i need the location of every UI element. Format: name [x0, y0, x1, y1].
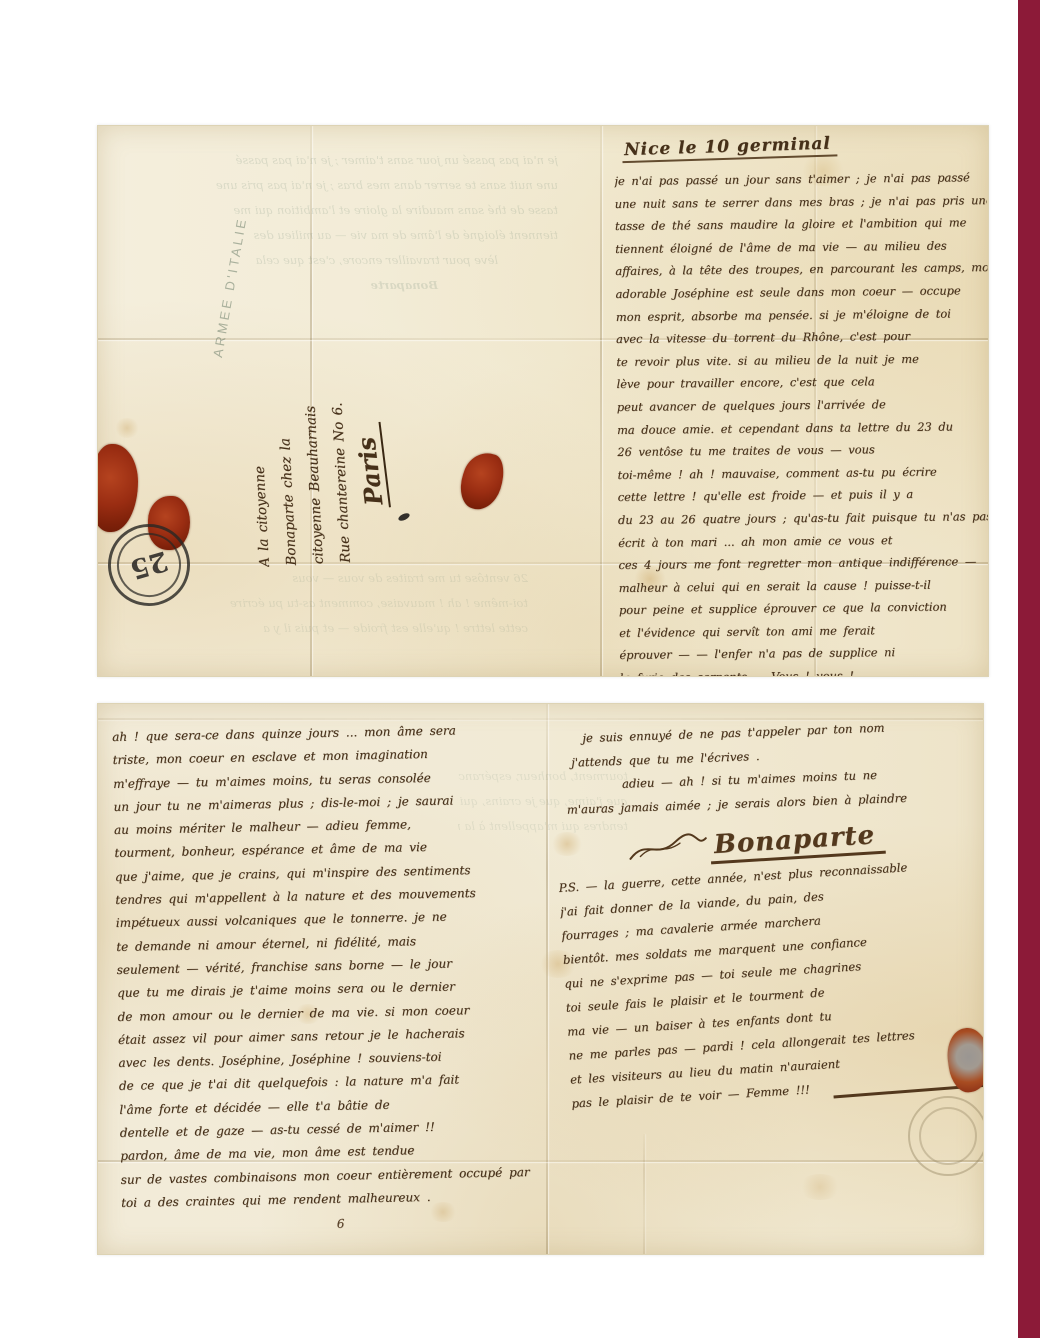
- paper-stain: [114, 418, 140, 438]
- letter-scan-top: je n'ai pas passé un jour sans t'aimer ;…: [97, 125, 989, 677]
- showthrough-line: lève pour travailler encore, c'est que c…: [158, 248, 558, 273]
- fold-crease: [643, 1134, 645, 1254]
- letter-page1-lines: je n'ai pas passé un jour sans t'aimer ;…: [614, 166, 989, 677]
- showthrough-line: toi-même ! ah ! mauvaise, comment as-tu …: [198, 591, 528, 616]
- page-number: 6: [122, 1213, 560, 1235]
- paper-stain: [798, 1174, 842, 1200]
- postscript-lines: P.S. — la guerre, cette année, n'est plu…: [558, 851, 984, 1116]
- wax-seal: [97, 444, 138, 532]
- showthrough-signature: Bonaparte: [158, 273, 558, 298]
- showthrough-line: tiennent éloigné de l'âme de ma vie — au…: [158, 223, 558, 248]
- showthrough-line: tasse de thé sans maudire la gloire et l…: [158, 198, 558, 223]
- address-lines: A la citoyenneBonaparte chez lacitoyenne…: [240, 338, 360, 567]
- address-text: A la citoyenneBonaparte chez lacitoyenne…: [240, 336, 400, 567]
- faint-circular-stamp-inner-ring: [919, 1107, 977, 1165]
- letter-scan-bottom: tourment, bonheur, espérance et âme de m…: [97, 703, 984, 1255]
- showthrough-line: une nuit sans te serrer dans mes bras ; …: [158, 173, 558, 198]
- faint-circular-stamp: [908, 1096, 984, 1176]
- handwriting-line: je n'ai pas passé un jour sans t'aimer ;…: [614, 166, 986, 192]
- letter-page1: Nice le 10 germinal je n'ai pas passé un…: [614, 134, 989, 677]
- address-city: Paris: [350, 422, 391, 511]
- handwriting-line: ma douce amie. et cependant dans ta lett…: [617, 415, 989, 441]
- letter-page6: ah ! que sera-ce dans quinze jours ... m…: [112, 718, 560, 1236]
- showthrough-line: cette lettre ! qu'elle est froide — et p…: [198, 616, 528, 641]
- showthrough-line: je n'ai pas passé un jour sans t'aimer ;…: [158, 148, 558, 173]
- handwriting-line: pour peine et supplice éprouver ce que l…: [619, 595, 989, 621]
- showthrough-line: 26 ventôse tu me traites de vous — vous: [198, 566, 528, 591]
- handwriting-line: toi-même ! ah ! mauvaise, comment as-tu …: [617, 460, 989, 486]
- accent-side-band: [1018, 0, 1040, 1338]
- letter-heading: Nice le 10 germinal: [622, 133, 837, 163]
- handwriting-line: du 23 au 26 quatre jours ; qu'as-tu fait…: [618, 505, 989, 531]
- handwriting-line: mon esprit, absorbe ma pensée. si je m'é…: [616, 302, 988, 328]
- handwriting-line: adorable Joséphine est seule dans mon co…: [616, 279, 988, 305]
- signature-flourish-icon: [626, 832, 711, 865]
- fold-crease: [600, 126, 602, 676]
- address-panel: A la citoyenneBonaparte chez lacitoyenne…: [246, 338, 394, 566]
- postscript: P.S. — la guerre, cette année, n'est plu…: [558, 851, 984, 1116]
- ink-spot: [397, 512, 410, 523]
- closing-lines: je suis ennuyé de ne pas t'appeler par t…: [558, 713, 984, 822]
- letter-page7: je suis ennuyé de ne pas t'appeler par t…: [558, 728, 982, 1116]
- wax-seal: [454, 447, 510, 515]
- letter-page6-lines: ah ! que sera-ce dans quinze jours ... m…: [112, 718, 559, 1216]
- ink-showthrough: 26 ventôse tu me traites de vous — vous …: [198, 566, 528, 641]
- handwriting-line: ces 4 jours me font regretter mon antiqu…: [618, 550, 989, 576]
- ink-showthrough: je n'ai pas passé un jour sans t'aimer ;…: [158, 148, 558, 298]
- catalog-page: je n'ai pas passé un jour sans t'aimer ;…: [0, 0, 1040, 1338]
